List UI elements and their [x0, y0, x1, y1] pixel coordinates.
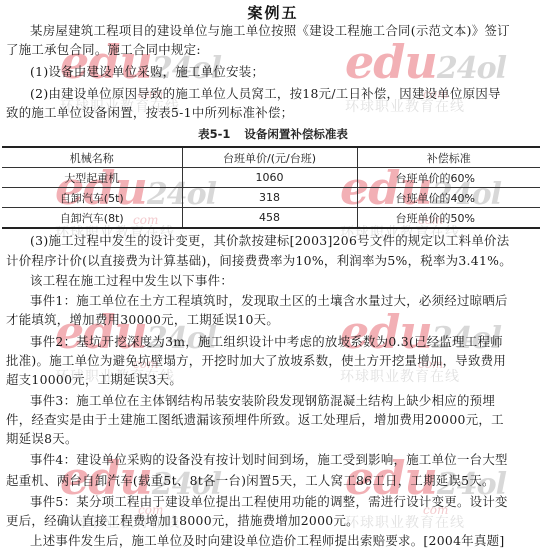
document-page: edu24ol com 环球职业教育在线 edu24ol com 环球职业教育在… — [0, 0, 546, 551]
closing-line: 上述事件发生后，施工单位及时向建设单位造价工程师提出索赔要求。[2004年真题] — [6, 532, 542, 550]
clause-line: (2)由建设单位原因导致的施工单位人员窝工，按18元/工日补偿，因建设单位原因导 — [6, 85, 542, 103]
body-line: 计价程序计价(以直接费为计算基础)，间接费费率为10%，利润率为5%，税率为3.… — [6, 252, 542, 270]
table-row: 自卸汽车(5t) 318 台班单价的40% — [2, 188, 540, 208]
table-caption: 表5-1 设备闲置补偿标准表 — [0, 126, 546, 142]
column-header-compensation-standard: 补偿标准 — [357, 147, 540, 168]
event-2-line: 事件2：基坑开挖深度为3m，施工组织设计中考虑的放坡系数为0.3(已经监理工程师 — [6, 333, 542, 351]
compensation-cell: 台班单价的50% — [357, 208, 540, 229]
event-1-line: 事件1：施工单位在土方工程填筑时，发现取土区的土壤含水量过大，必须经过晾晒后 — [6, 292, 542, 310]
machine-name-cell: 自卸汽车(5t) — [2, 188, 182, 208]
event-5-line: 更后，经确认直接工程费增加18000元，措施费增加2000元。 — [6, 512, 542, 530]
compensation-cell: 台班单价的60% — [357, 168, 540, 188]
case-title: 案例五 — [0, 2, 546, 23]
table-header-row: 机械名称 台班单价/(元/台班) 补偿标准 — [2, 147, 540, 168]
intro-line: 了施工承包合同。施工合同中规定: — [6, 41, 542, 59]
event-1-line: 才能填筑，增加费用30000元，工期延误10天。 — [6, 311, 542, 329]
event-3-line: 事件3：施工单位在主体钢结构吊装安装阶段发现钢筋混凝土结构上缺少相应的预埋 — [6, 392, 542, 410]
compensation-cell: 台班单价的40% — [357, 188, 540, 208]
event-2-line: 批准)。施工单位为避免坑壁塌方，开挖时加大了放坡系数，使土方开挖量增加，导致费用 — [6, 352, 542, 370]
shift-price-cell: 318 — [182, 188, 357, 208]
table-row: 大型起重机 1060 台班单价的60% — [2, 168, 540, 188]
shift-price-cell: 1060 — [182, 168, 357, 188]
column-header-machine-name: 机械名称 — [2, 147, 182, 168]
column-header-shift-price: 台班单价/(元/台班) — [182, 147, 357, 168]
clause-line: (1)设备由建设单位采购，施工单位安装； — [6, 63, 542, 81]
clause-line: 致的施工单位设备闲置，按表5-1中所列标准补偿； — [6, 104, 542, 122]
event-4-line: 起重机、两台自卸汽车(载重5t、8t各一台)闲置5天，工人窝工86工日，工期延误… — [6, 472, 542, 490]
intro-line: 某房屋建筑工程项目的建设单位与施工单位按照《建设工程施工合同(示范文本)》签订 — [6, 22, 542, 40]
event-5-line: 事件5：某分项工程由于建设单位提出工程使用功能的调整，需进行设计变更。设计变 — [6, 493, 542, 511]
body-line: 该工程在施工过程中发生以下事件： — [6, 272, 542, 290]
event-3-line: 件，经查实是由于土建施工图纸遗漏该预埋件所致。返工处理后，增加费用20000元，… — [6, 411, 542, 429]
body-line: (3)施工过程中发生的设计变更，其价款按建标[2003]206号文件的规定以工料… — [6, 232, 542, 250]
shift-price-cell: 458 — [182, 208, 357, 229]
table-row: 自卸汽车(8t) 458 台班单价的50% — [2, 208, 540, 229]
machine-name-cell: 大型起重机 — [2, 168, 182, 188]
machine-name-cell: 自卸汽车(8t) — [2, 208, 182, 229]
equipment-compensation-table: 机械名称 台班单价/(元/台班) 补偿标准 大型起重机 1060 台班单价的60… — [2, 146, 540, 229]
event-3-line: 期延误8天。 — [6, 430, 542, 448]
event-4-line: 事件4：建设单位采购的设备没有按计划时间到场，施工受到影响，施工单位一台大型 — [6, 451, 542, 469]
event-2-line: 超支10000元，工期延误3天。 — [6, 371, 542, 389]
